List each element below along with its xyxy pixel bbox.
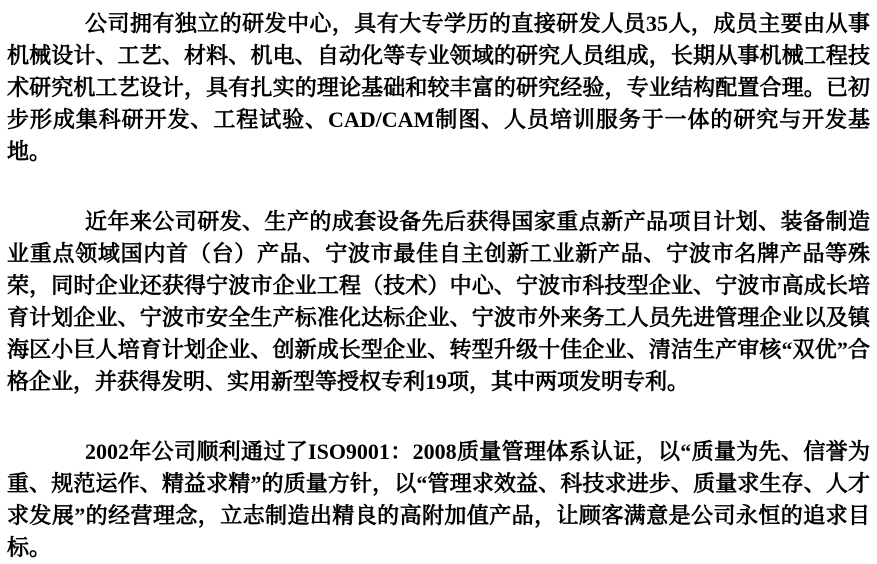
paragraph-rd-center: 公司拥有独立的研发中心，具有大专学历的直接研发人员35人，成员主要由从事机械设计…: [7, 8, 870, 168]
document-page: 公司拥有独立的研发中心，具有大专学历的直接研发人员35人，成员主要由从事机械设计…: [0, 0, 877, 564]
paragraph-quality-policy: 2002年公司顺利通过了ISO9001：2008质量管理体系认证，以“质量为先、…: [7, 436, 870, 564]
paragraph-honors-awards: 近年来公司研发、生产的成套设备先后获得国家重点新产品项目计划、装备制造业重点领域…: [7, 206, 870, 398]
